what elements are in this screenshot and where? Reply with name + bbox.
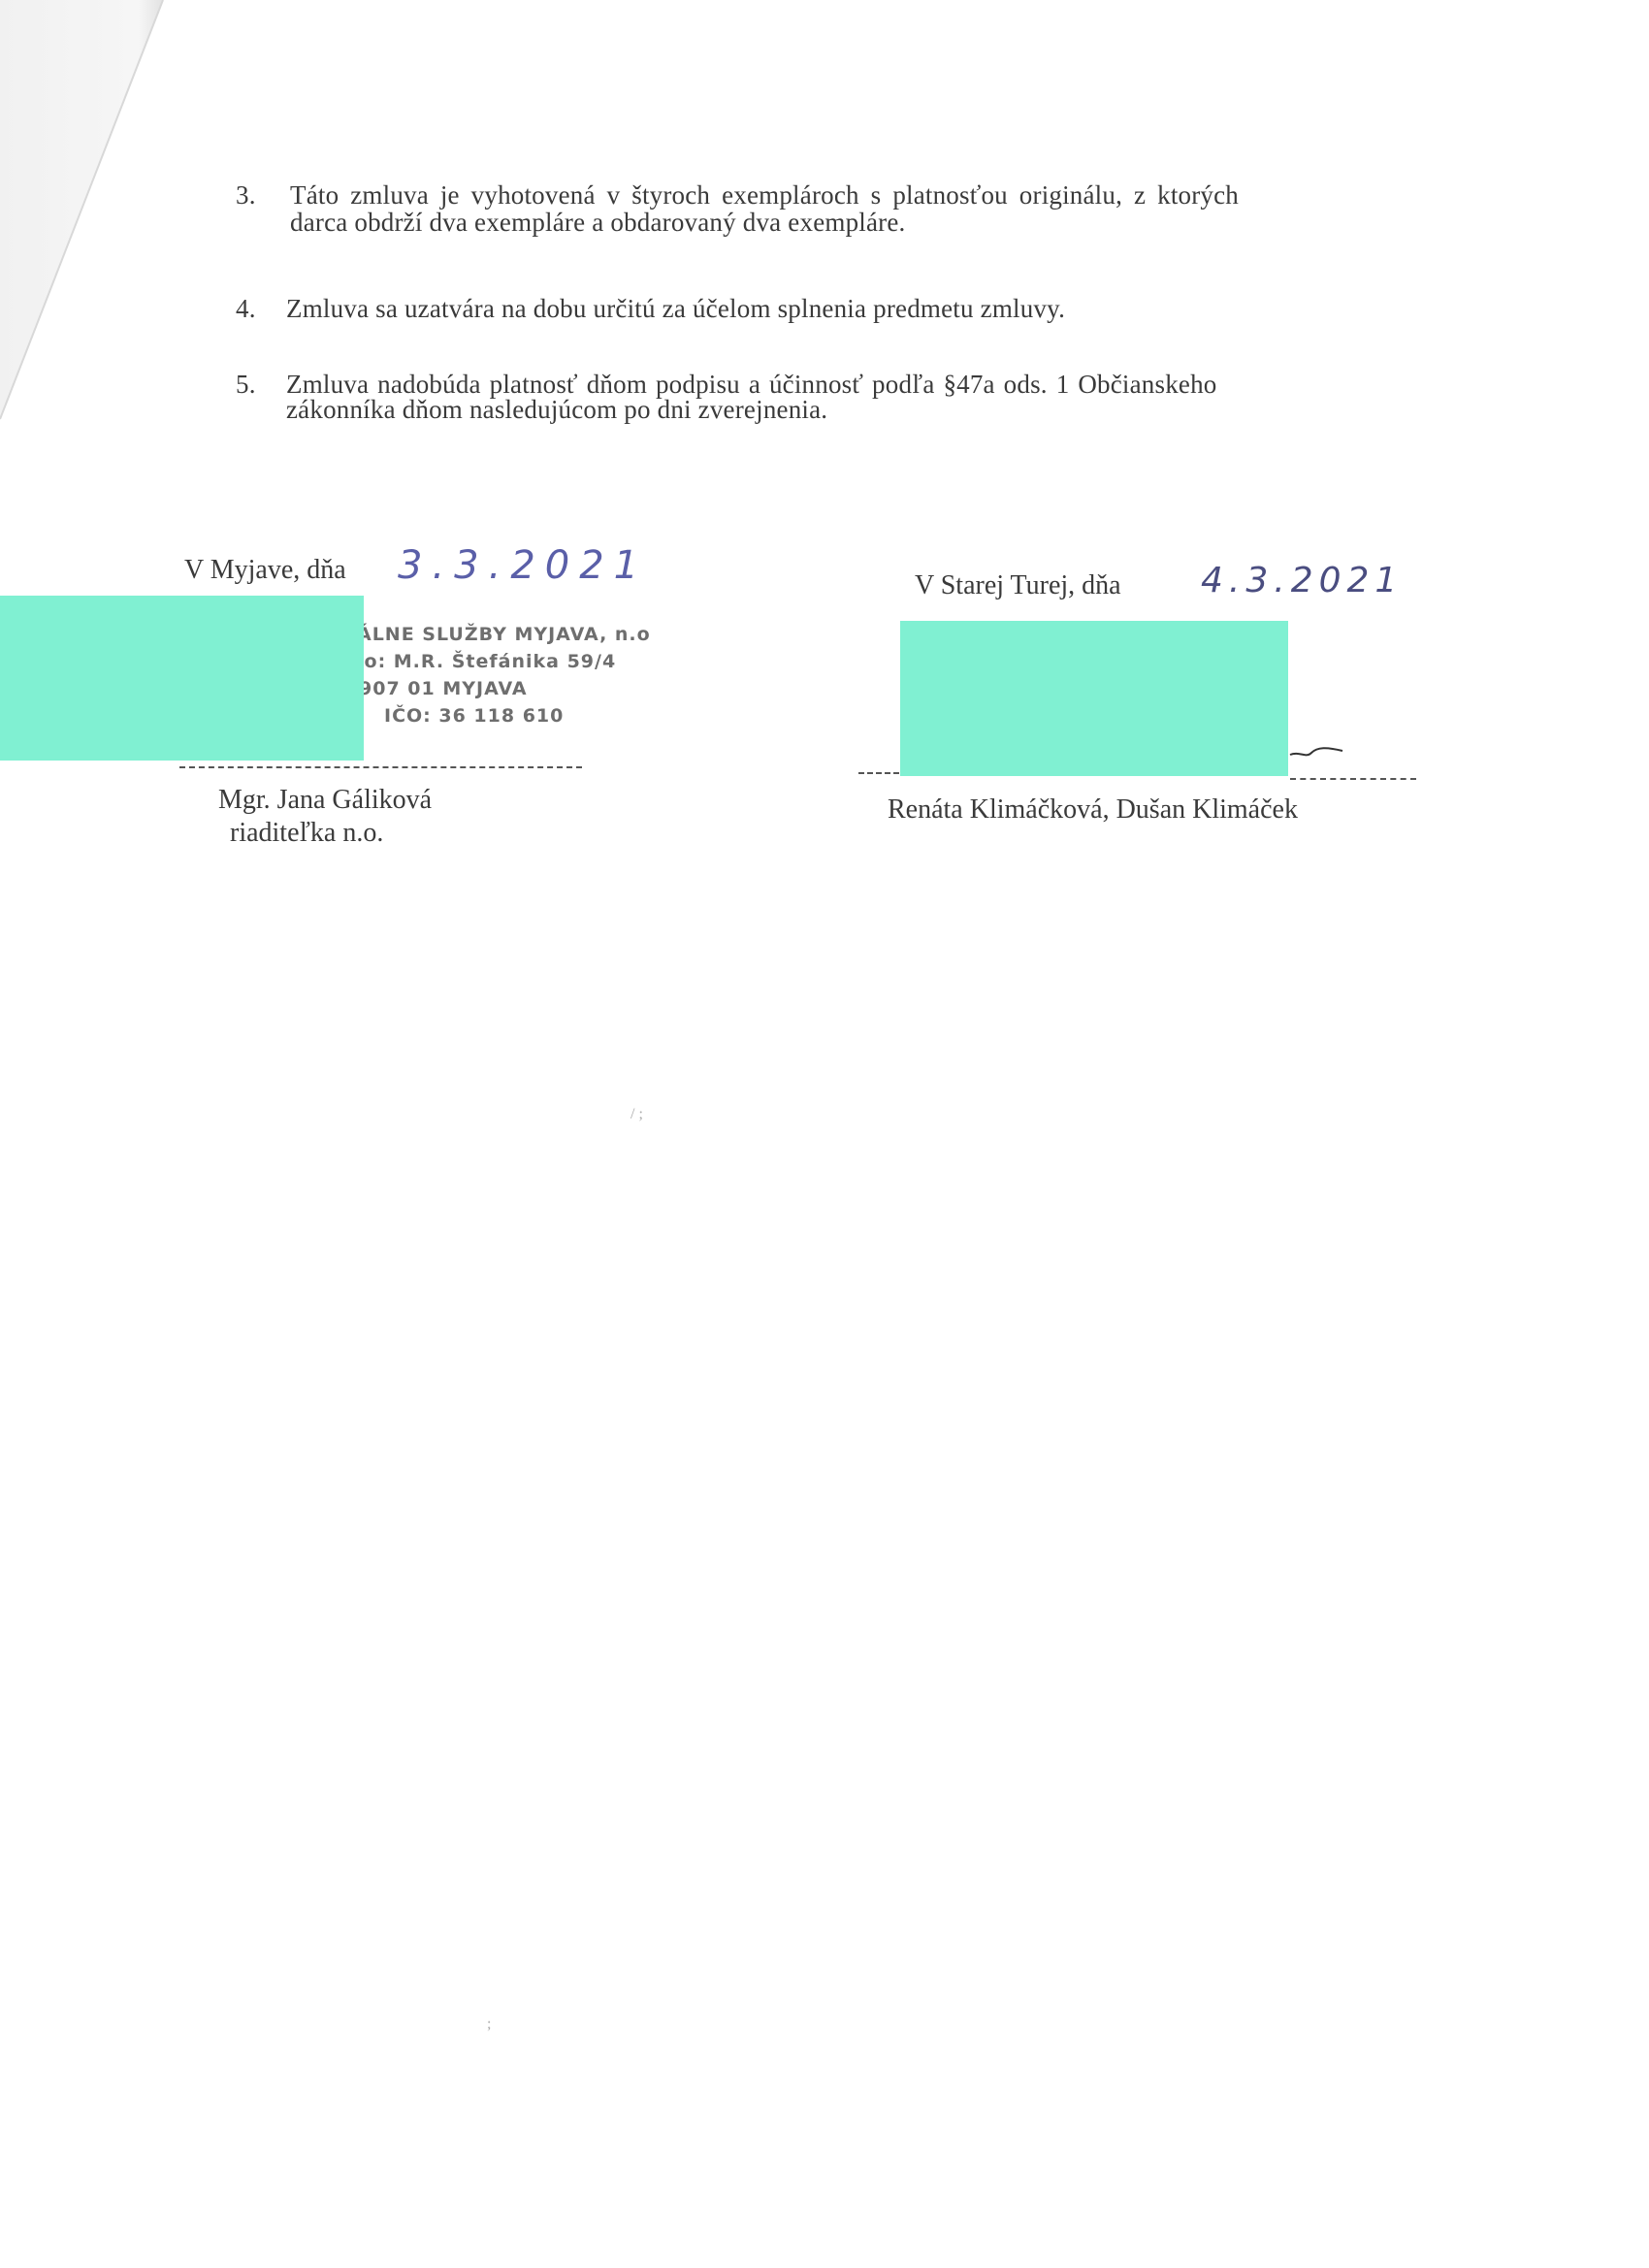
signer-name: Renáta Klimáčková, Dušan Klimáček xyxy=(888,794,1298,826)
signer-title: riaditeľka n.o. xyxy=(218,817,432,850)
signature-line-right-a xyxy=(858,772,899,774)
redacted-signature-left xyxy=(0,596,364,761)
signature-stroke xyxy=(1288,737,1346,766)
redacted-signature-right xyxy=(900,621,1288,776)
clause-line: Zmluva sa uzatvára na dobu určitú za úče… xyxy=(286,291,1065,326)
organization-stamp: ÁLNE SLUŽBY MYJAVA, n.o lo: M.R. Štefáni… xyxy=(357,621,651,729)
left-signer: Mgr. Jana Gáliková riaditeľka n.o. xyxy=(218,784,432,850)
left-place-date-label: V Myjave, dňa xyxy=(184,555,346,586)
right-place-date-label: V Starej Turej, dňa xyxy=(915,570,1121,601)
clause-number: 3. xyxy=(236,178,256,212)
right-signer: Renáta Klimáčková, Dušan Klimáček xyxy=(888,794,1298,826)
clause-number: 4. xyxy=(236,291,256,326)
left-handwritten-date: 3.3.2021 xyxy=(398,543,648,588)
signer-name: Mgr. Jana Gáliková xyxy=(218,784,432,817)
right-handwritten-date: 4.3.2021 xyxy=(1201,561,1403,600)
scan-edge-shadow xyxy=(0,0,1649,2268)
signature-line-right-b xyxy=(1290,778,1416,780)
scan-artifact: / ; xyxy=(630,1106,643,1123)
scan-artifact: ; xyxy=(487,2016,491,2033)
signature-line-left xyxy=(179,766,582,768)
clause-number: 5. xyxy=(236,367,256,402)
